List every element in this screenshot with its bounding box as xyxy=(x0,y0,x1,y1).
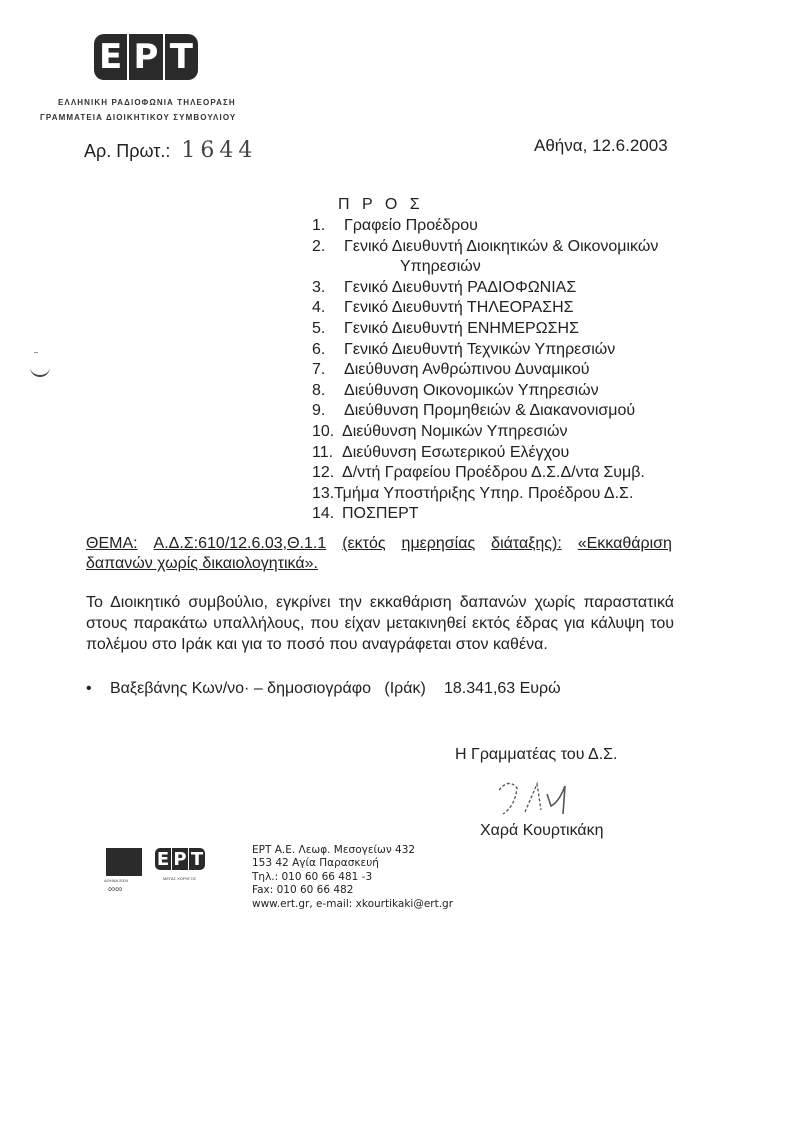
recipient-item: 6.Γενικό Διευθυντή Τεχνικών Υπηρεσιών xyxy=(312,340,658,361)
margin-scribble xyxy=(30,365,50,377)
recipient-number: 2. xyxy=(312,237,344,258)
bullet-icon: • xyxy=(86,680,110,698)
recipient-number: 9. xyxy=(312,401,344,422)
recipient-text: Διεύθυνση Προμηθειών & Διακανονισμού xyxy=(344,401,635,422)
recipient-text: Γραφείο Προέδρου xyxy=(344,216,478,237)
address-line: ΕΡΤ Α.Ε. Λεωφ. Μεσογείων 432 xyxy=(252,844,453,857)
organization-name: ΕΛΛΗΝΙΚΗ ΡΑΔΙΟΦΩΝΙΑ ΤΗΛΕΟΡΑΣΗ xyxy=(58,98,236,107)
recipient-number: 11. xyxy=(312,443,342,464)
department-name: ΓΡΑΜΜΑΤΕΙΑ ΔΙΟΙΚΗΤΙΚΟΥ ΣΥΜΒΟΥΛΙΟΥ xyxy=(40,113,236,122)
athens-2004-caption: ΑΘΗΝΑ 2004 xyxy=(104,878,128,883)
place-date: Αθήνα, 12.6.2003 xyxy=(534,136,668,156)
recipient-item: 4.Γενικό Διευθυντή ΤΗΛΕΟΡΑΣΗΣ xyxy=(312,298,658,319)
recipient-text: Διεύθυνση Ανθρώπινου Δυναμικού xyxy=(344,360,589,381)
protocol-handwritten-number: 1644 xyxy=(181,138,257,163)
subject-word: ΘΕΜΑ: xyxy=(86,534,138,554)
olympic-rings-icon: ∞∞ xyxy=(108,884,122,895)
recipient-item: 5.Γενικό Διευθυντή ΕΝΗΜΕΡΩΣΗΣ xyxy=(312,319,658,340)
recipient-item: 9.Διεύθυνση Προμηθειών & Διακανονισμού xyxy=(312,401,658,422)
recipient-number: 6. xyxy=(312,340,344,361)
recipient-text: Διεύθυνση Εσωτερικού Ελέγχου xyxy=(342,443,569,464)
recipient-item: 14.ΠΟΣΠΕΡΤ xyxy=(312,504,658,525)
subject-line-2: δαπανών χωρίς δικαιολογητικά». xyxy=(86,554,672,574)
recipient-number: 13. xyxy=(312,484,334,505)
recipient-text: Διεύθυνση Νομικών Υπηρεσιών xyxy=(342,422,567,443)
recipient-item: 10.Διεύθυνση Νομικών Υπηρεσιών xyxy=(312,422,658,443)
subject-word: (εκτός xyxy=(342,534,385,554)
recipient-text: Γενικό Διευθυντή ΕΝΗΜΕΡΩΣΗΣ xyxy=(344,319,579,340)
footer-logo-letter-p: P xyxy=(172,848,188,870)
recipient-number: 14. xyxy=(312,504,342,525)
protocol-number: Αρ. Πρωτ.: 1644 xyxy=(84,138,257,163)
subject-word: Α.Δ.Σ:610/12.6.03,Θ.1.1 xyxy=(154,534,327,554)
recipient-continuation: Υπηρεσιών xyxy=(312,257,658,278)
recipient-number: 4. xyxy=(312,298,344,319)
recipients-heading: Π Ρ Ο Σ xyxy=(338,196,424,214)
recipient-item: 12.Δ/ντή Γραφείου Προέδρου Δ.Σ.Δ/ντα Συμ… xyxy=(312,463,658,484)
protocol-label: Αρ. Πρωτ.: xyxy=(84,141,170,161)
margin-mark xyxy=(34,352,38,353)
logo-letter-e: E xyxy=(94,34,127,80)
recipient-number: 3. xyxy=(312,278,344,299)
subject-word: «Εκκαθάριση xyxy=(578,534,672,554)
address-line: www.ert.gr, e-mail: xkourtikaki@ert.gr xyxy=(252,898,453,911)
recipient-number: 7. xyxy=(312,360,344,381)
address-line: 153 42 Αγία Παρασκευή xyxy=(252,857,453,870)
recipient-number: 1. xyxy=(312,216,344,237)
recipient-item: 11.Διεύθυνση Εσωτερικού Ελέγχου xyxy=(312,443,658,464)
recipient-number: 5. xyxy=(312,319,344,340)
address-line: Fax: 010 60 66 482 xyxy=(252,884,453,897)
address-line: Τηλ.: 010 60 66 481 -3 xyxy=(252,871,453,884)
logo-letter-t: T xyxy=(165,34,198,80)
recipient-item: 13.Τμήμα Υποστήριξης Υπηρ. Προέδρου Δ.Σ. xyxy=(312,484,658,505)
athens-2004-logo xyxy=(106,848,142,876)
recipient-text: Δ/ντή Γραφείου Προέδρου Δ.Σ.Δ/ντα Συμβ. xyxy=(342,463,645,484)
recipients-list: 1.Γραφείο Προέδρου2.Γενικό Διευθυντή Διο… xyxy=(312,216,658,525)
ert-logo: E P T xyxy=(94,34,198,80)
footer-address: ΕΡΤ Α.Ε. Λεωφ. Μεσογείων 432153 42 Αγία … xyxy=(252,844,453,911)
recipient-number: 10. xyxy=(312,422,342,443)
signatory-name: Χαρά Κουρτικάκη xyxy=(480,822,604,840)
recipient-number: 12. xyxy=(312,463,342,484)
recipient-text: ΠΟΣΠΕΡΤ xyxy=(342,504,419,525)
payee-amount: 18.341,63 Ευρώ xyxy=(444,680,561,698)
recipient-text: Τμήμα Υποστήριξης Υπηρ. Προέδρου Δ.Σ. xyxy=(334,484,633,505)
recipient-item: 7.Διεύθυνση Ανθρώπινου Δυναμικού xyxy=(312,360,658,381)
recipient-item: 2.Γενικό Διευθυντή Διοικητικών & Οικονομ… xyxy=(312,237,658,258)
signatory-title: Η Γραμματέας του Δ.Σ. xyxy=(455,746,617,764)
subject-word: ημερησίας xyxy=(402,534,476,554)
recipient-text: Γενικό Διευθυντή Διοικητικών & Οικονομικ… xyxy=(344,237,658,258)
logo-letter-p: P xyxy=(129,34,162,80)
sponsor-caption: ΜΕΓΑΣ ΧΟΡΗΓΟΣ xyxy=(163,876,196,881)
footer-logo-letter-e: E xyxy=(155,848,171,870)
subject-word: διάταξης): xyxy=(491,534,562,554)
footer-ert-logo: E P T xyxy=(155,848,206,870)
recipient-text: Γενικό Διευθυντή ΤΗΛΕΟΡΑΣΗΣ xyxy=(344,298,574,319)
body-paragraph: Το Διοικητικό συμβούλιο, εγκρίνει την εκ… xyxy=(86,592,674,655)
recipient-text: Γενικό Διευθυντή Τεχνικών Υπηρεσιών xyxy=(344,340,615,361)
subject-line-1: ΘΕΜΑ:Α.Δ.Σ:610/12.6.03,Θ.1.1(εκτόςημερησ… xyxy=(86,534,672,554)
recipient-number: 8. xyxy=(312,381,344,402)
subject: ΘΕΜΑ:Α.Δ.Σ:610/12.6.03,Θ.1.1(εκτόςημερησ… xyxy=(86,534,672,574)
recipient-item: 3.Γενικό Διευθυντή ΡΑΔΙΟΦΩΝΙΑΣ xyxy=(312,278,658,299)
recipient-text: Διεύθυνση Οικονομικών Υπηρεσιών xyxy=(344,381,599,402)
footer-logo-letter-t: T xyxy=(189,848,205,870)
recipient-item: 1.Γραφείο Προέδρου xyxy=(312,216,658,237)
payee-name: Βαξεβάνης Κων/νο· – δημοσιογράφο (Ιράκ) xyxy=(110,680,444,698)
recipient-item: 8.Διεύθυνση Οικονομικών Υπηρεσιών xyxy=(312,381,658,402)
recipient-text: Γενικό Διευθυντή ΡΑΔΙΟΦΩΝΙΑΣ xyxy=(344,278,576,299)
payee-item: • Βαξεβάνης Κων/νο· – δημοσιογράφο (Ιράκ… xyxy=(86,680,686,698)
handwritten-signature-icon xyxy=(485,772,595,822)
